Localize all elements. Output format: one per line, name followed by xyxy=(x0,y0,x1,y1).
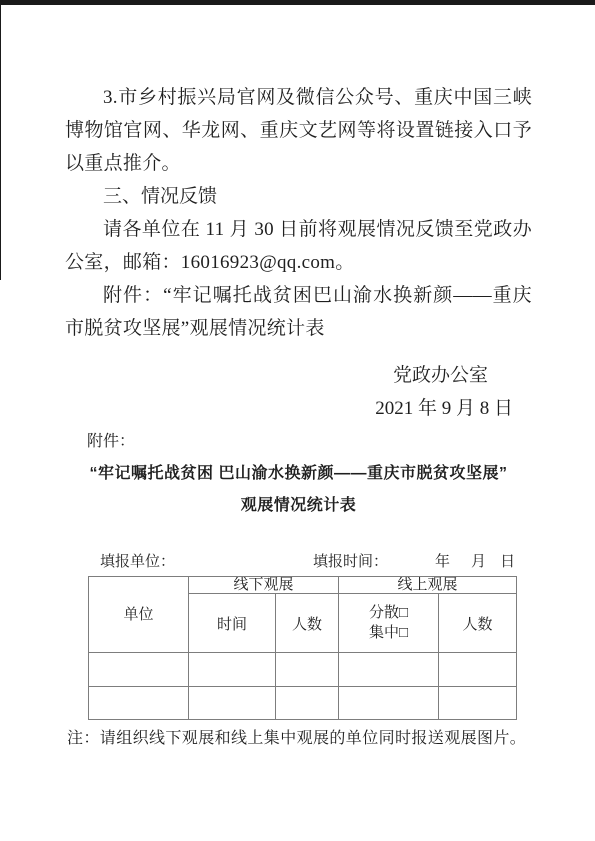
table-footnote: 注：请组织线下观展和线上集中观展的单位同时报送观展图片。 xyxy=(67,728,532,750)
form-unit-label: 填报单位： xyxy=(100,550,175,571)
section-heading-feedback: 三、情况反馈 xyxy=(65,180,532,213)
paragraph-feedback-deadline: 请各单位在 11 月 30 日前将观展情况反馈至党政办公室，邮箱：1601692… xyxy=(65,213,532,279)
signature-date: 2021 年 9 月 8 日 xyxy=(65,392,532,425)
table-empty-cell xyxy=(339,653,439,687)
scanned-document-page: { "document": { "body": { "para_promotio… xyxy=(0,0,595,841)
table-row xyxy=(89,687,517,720)
form-year-label: 年 xyxy=(435,550,450,571)
report-form-row: 填报单位： 填报时间： 年 月 日 xyxy=(100,549,532,571)
online-mode-option-scattered: 分散□ xyxy=(339,603,438,623)
attachment-title-line2: 观展情况统计表 xyxy=(65,490,532,522)
table-header-online-mode: 分散□ 集中□ xyxy=(339,594,439,653)
table-empty-cell xyxy=(276,653,339,687)
online-mode-option-centralized: 集中□ xyxy=(339,623,438,643)
signature-office: 党政办公室 xyxy=(65,359,532,392)
table-row xyxy=(89,653,517,687)
form-time-label: 填报时间： xyxy=(313,550,388,571)
table-empty-cell xyxy=(439,687,517,720)
form-day-label: 日 xyxy=(500,550,515,571)
scan-edge-top xyxy=(0,0,595,5)
statistics-table: 单位 线下观展 线上观展 时间 人数 分散□ 集中□ 人数 xyxy=(88,576,517,720)
table-header-offline-count: 人数 xyxy=(276,594,339,653)
document-content: 3.市乡村振兴局官网及微信公众号、重庆中国三峡博物馆官网、华龙网、重庆文艺网等将… xyxy=(65,81,532,750)
table-empty-cell xyxy=(439,653,517,687)
table-header-unit: 单位 xyxy=(89,577,189,653)
attachment-label: 附件： xyxy=(87,425,532,458)
form-month-label: 月 xyxy=(471,550,486,571)
table-empty-cell xyxy=(89,687,189,720)
table-empty-cell xyxy=(276,687,339,720)
table-header-online-count: 人数 xyxy=(439,594,517,653)
table-header-offline-group: 线下观展 xyxy=(189,577,339,594)
table-empty-cell xyxy=(339,687,439,720)
scan-edge-left xyxy=(0,0,1,280)
table-header-offline-time: 时间 xyxy=(189,594,276,653)
table-empty-cell xyxy=(189,687,276,720)
paragraph-attachment-reference: 附件：“牢记嘱托战贫困巴山渝水换新颜——重庆市脱贫攻坚展”观展情况统计表 xyxy=(65,279,532,345)
table-empty-cell xyxy=(189,653,276,687)
table-header-online-group: 线上观展 xyxy=(339,577,517,594)
attachment-title-line1: “牢记嘱托战贫困 巴山渝水换新颜——重庆市脱贫攻坚展” xyxy=(65,458,532,490)
table-row: 单位 线下观展 线上观展 xyxy=(89,577,517,594)
table-empty-cell xyxy=(89,653,189,687)
paragraph-online-promotion: 3.市乡村振兴局官网及微信公众号、重庆中国三峡博物馆官网、华龙网、重庆文艺网等将… xyxy=(65,81,532,180)
